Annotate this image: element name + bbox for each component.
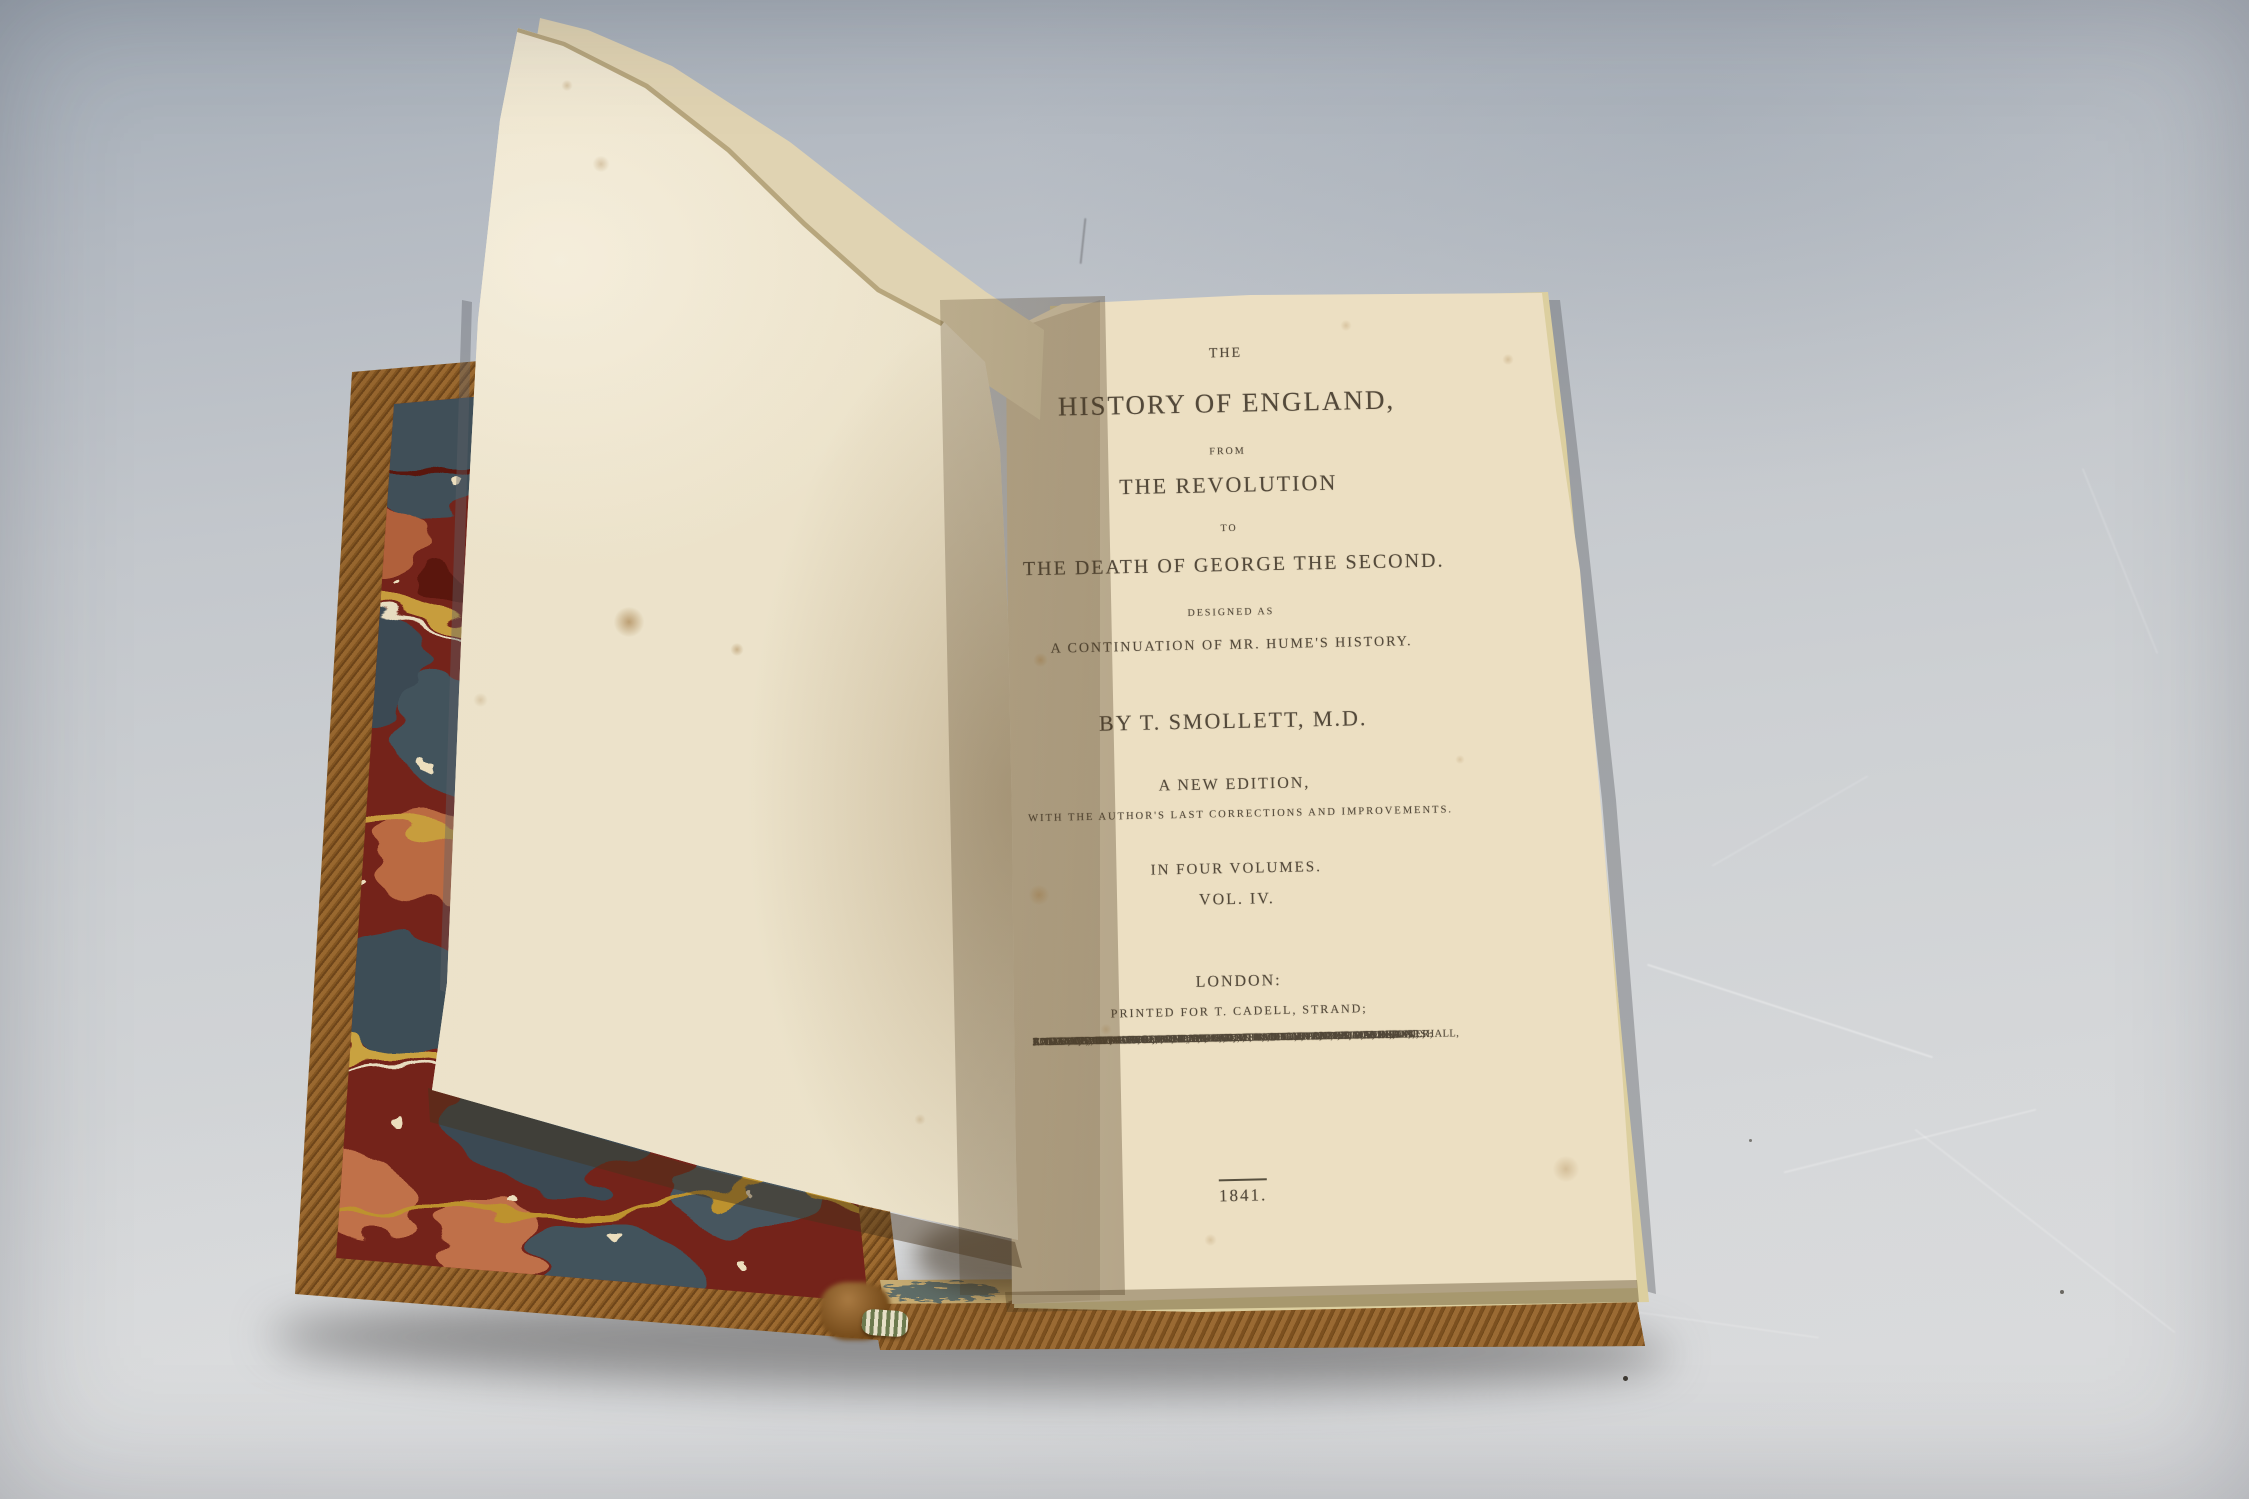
foxing-spot — [1033, 653, 1048, 667]
foxing-spot — [914, 1114, 926, 1125]
endband — [861, 1308, 909, 1337]
foxing-spot — [730, 643, 744, 656]
surface-speck — [2060, 1290, 2064, 1294]
foxing-spot — [592, 156, 610, 172]
foxing-spot — [473, 693, 488, 707]
foxing-spot — [1552, 1156, 1580, 1182]
foxing-spot — [1204, 1234, 1217, 1246]
foxing-spot — [1502, 354, 1514, 365]
foxing-spot — [561, 80, 573, 91]
foxing-spot — [1028, 885, 1050, 905]
printers-rule — [1219, 1178, 1267, 1181]
photograph-of-antique-book: THE HISTORY OF ENGLAND, FROM THE REVOLUT… — [0, 0, 2249, 1499]
surface-speck — [1623, 1376, 1628, 1381]
foxing-spot — [1100, 1024, 1112, 1035]
foxing-spot — [1455, 755, 1465, 764]
foxing-spot — [613, 607, 645, 637]
foxing-spot — [1340, 320, 1352, 331]
surface-speck — [1749, 1139, 1752, 1142]
